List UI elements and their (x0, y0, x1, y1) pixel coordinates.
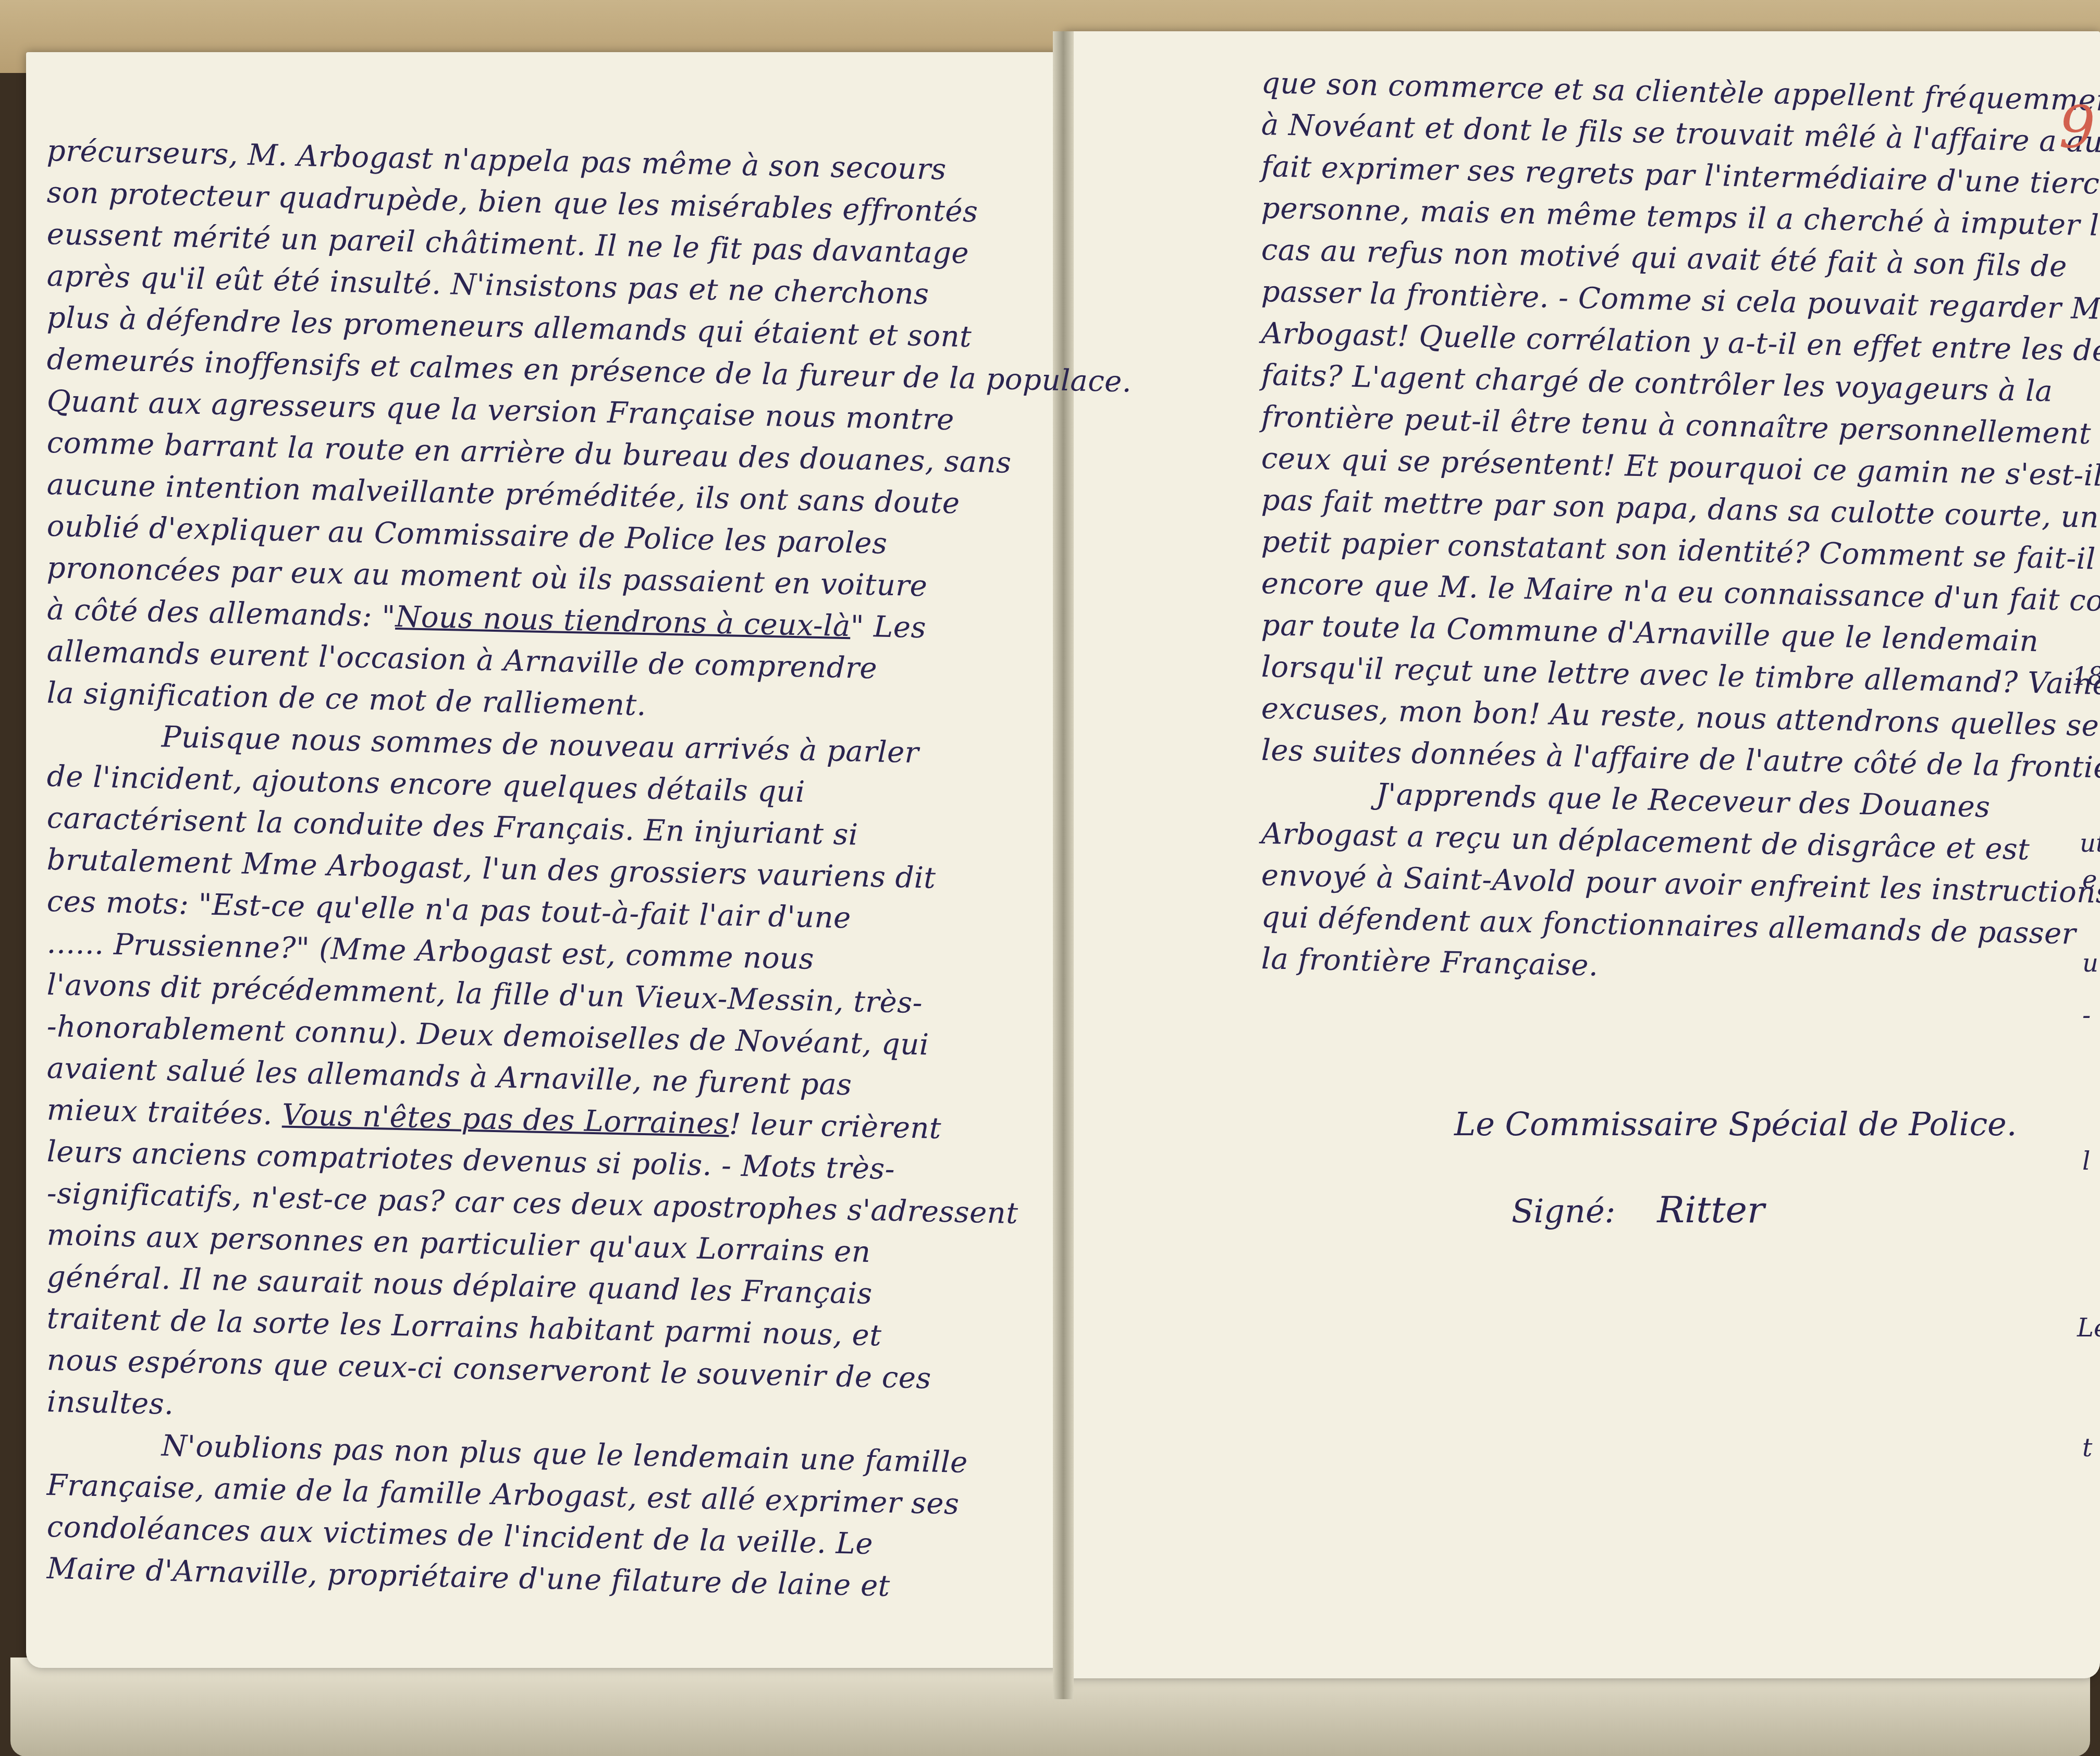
underlined-quote: Nous nous tiendrons à ceux-là (395, 600, 851, 643)
margin-note: Le (2077, 1313, 2100, 1343)
signature: Ritter (1657, 1188, 1764, 1231)
text-fragment: à côté des allemands: " (46, 593, 396, 634)
text-fragment: " Les (850, 609, 926, 645)
margin-note: 18 (2072, 662, 2100, 691)
margin-note: ut (2080, 829, 2100, 858)
signature-line: Signé: Ritter (1512, 1188, 1764, 1231)
book-gutter (1053, 31, 1074, 1699)
margin-note: - (2082, 1001, 2091, 1030)
margin-note: l (2082, 1147, 2090, 1176)
margin-note: t (2082, 1433, 2092, 1463)
page-number-marker: 9 (2059, 94, 2095, 161)
signatory-title: Le Commissaire Spécial de Police. (1454, 1105, 2017, 1143)
right-page-text: que son commerce et sa clientèle appelle… (1261, 63, 2064, 980)
text-fragment: ! leur crièrent (729, 1107, 941, 1146)
underlined-quote: Vous n'êtes pas des Lorraines (282, 1098, 730, 1141)
text-fragment: mieux traitées. (46, 1093, 273, 1132)
left-page-text: précurseurs, M. Arbogast n'appela pas mê… (47, 130, 860, 1590)
margin-note: u (2082, 949, 2098, 978)
margin-note: e (2082, 865, 2097, 894)
signed-label: Signé: (1512, 1192, 1616, 1230)
